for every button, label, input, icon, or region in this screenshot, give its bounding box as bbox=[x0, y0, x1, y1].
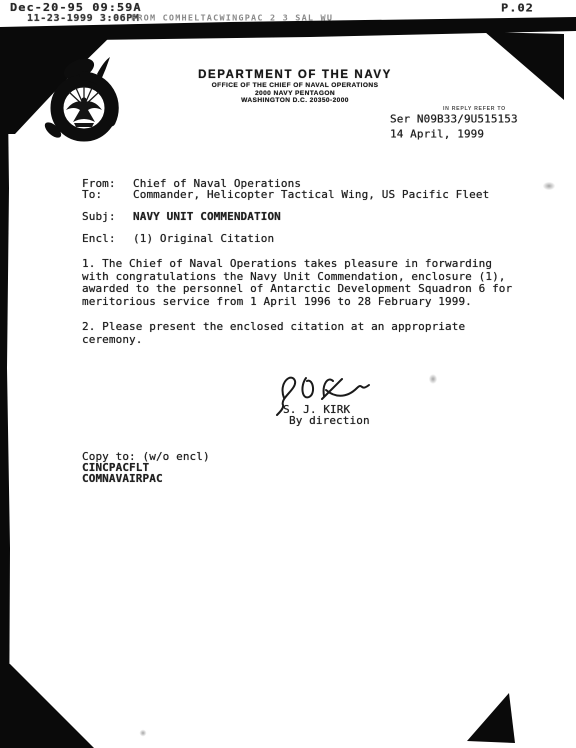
scan-artifact-bottom-left-triangle bbox=[0, 650, 100, 748]
letterhead-address-line1: 2000 NAVY PENTAGON bbox=[175, 90, 415, 97]
scan-artifact-left-strip bbox=[0, 28, 11, 748]
letterhead-department: DEPARTMENT OF THE NAVY bbox=[175, 69, 415, 81]
scan-smudge bbox=[540, 180, 558, 192]
enclosure-row: Encl: (1) Original Citation bbox=[82, 232, 274, 245]
fax-page-number: P.02 bbox=[501, 2, 534, 15]
subject-value: NAVY UNIT COMMENDATION bbox=[133, 210, 281, 223]
reply-refer-label: IN REPLY REFER TO bbox=[443, 106, 506, 112]
letterhead-office: OFFICE OF THE CHIEF OF NAVAL OPERATIONS bbox=[175, 82, 415, 89]
scan-artifact-bottom-right-triangle bbox=[462, 688, 520, 748]
subject-label: Subj: bbox=[82, 210, 133, 223]
fax-sent-stamp: 11-23-1999 3:06PM bbox=[27, 13, 140, 24]
scan-smudge bbox=[138, 728, 148, 738]
signature-authority: By direction bbox=[289, 414, 370, 427]
enclosure-value: (1) Original Citation bbox=[133, 232, 274, 245]
letterhead-address-line2: WASHINGTON D.C. 20350-2000 bbox=[175, 97, 415, 104]
to-label: To: bbox=[82, 188, 133, 201]
scan-smudge bbox=[427, 372, 439, 386]
serial-number: Ser N09B33/9U515153 bbox=[390, 113, 518, 125]
enclosure-label: Encl: bbox=[82, 232, 133, 245]
body-paragraph-1: 1. The Chief of Naval Operations takes p… bbox=[82, 258, 534, 308]
body-paragraph-2: 2. Please present the enclosed citation … bbox=[82, 321, 534, 346]
to-value: Commander, Helicopter Tactical Wing, US … bbox=[133, 188, 489, 201]
letter-date: 14 April, 1999 bbox=[390, 128, 484, 140]
scanned-letter-page: Dec-20-95 09:59A P.02 11-23-1999 3:06PM … bbox=[0, 0, 576, 748]
navy-seal-icon bbox=[40, 56, 136, 162]
scan-artifact-top-right-wedge bbox=[480, 28, 570, 102]
subject-row: Subj: NAVY UNIT COMMENDATION bbox=[82, 210, 281, 223]
copy-recipient-2: COMNAVAIRPAC bbox=[82, 472, 163, 485]
to-row: To: Commander, Helicopter Tactical Wing,… bbox=[82, 188, 489, 201]
fax-received-stamp: Dec-20-95 09:59A bbox=[10, 1, 142, 14]
